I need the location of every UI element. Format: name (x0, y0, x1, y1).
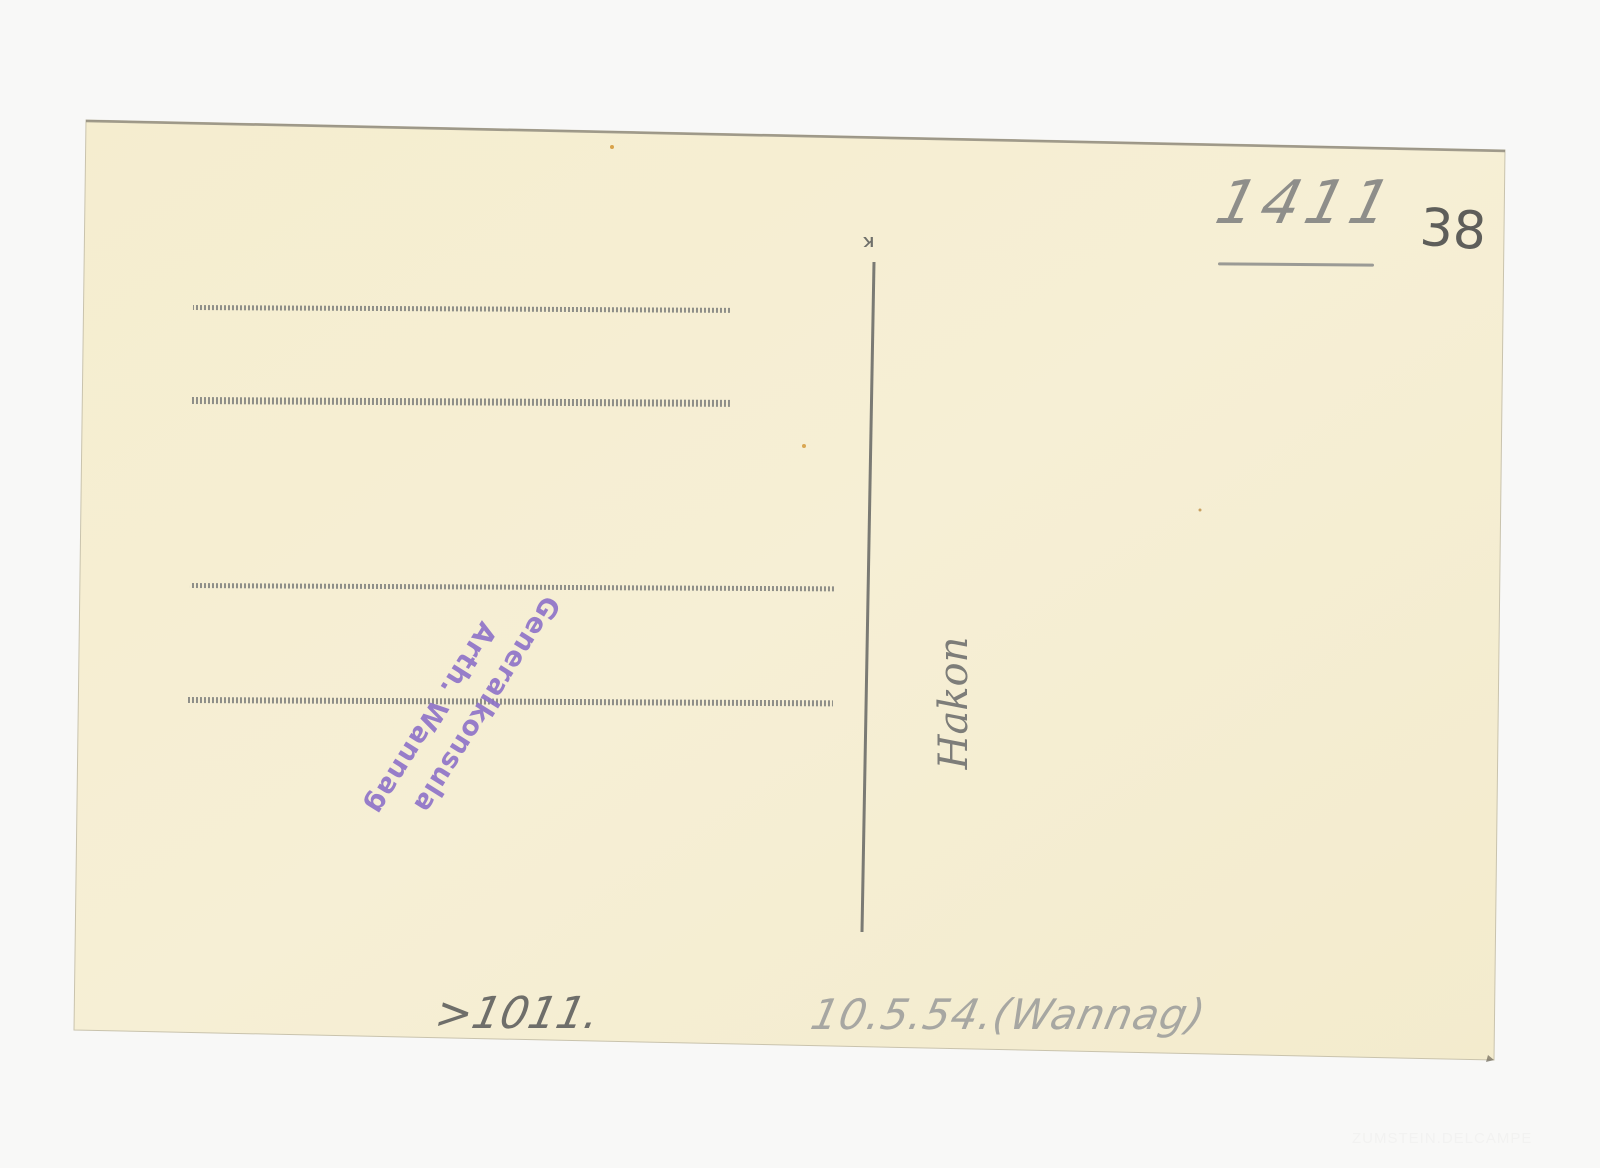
watermark: ZUMSTEIN.DELCAMPE (1352, 1130, 1532, 1147)
corner-number-pencil: 38 (1418, 198, 1488, 262)
catalog-number-pencil: 1411 (1209, 168, 1403, 238)
handwritten-signature: Hakon (931, 553, 977, 853)
divider-k-mark: K (863, 233, 874, 250)
scan-background: K 1411 38 Generalkonsula Arth. Wannag Ha… (0, 0, 1600, 1168)
date-note-pencil: 10.5.54.(Wannag) (807, 990, 1210, 1039)
reference-number-pencil: >1011. (431, 988, 605, 1039)
